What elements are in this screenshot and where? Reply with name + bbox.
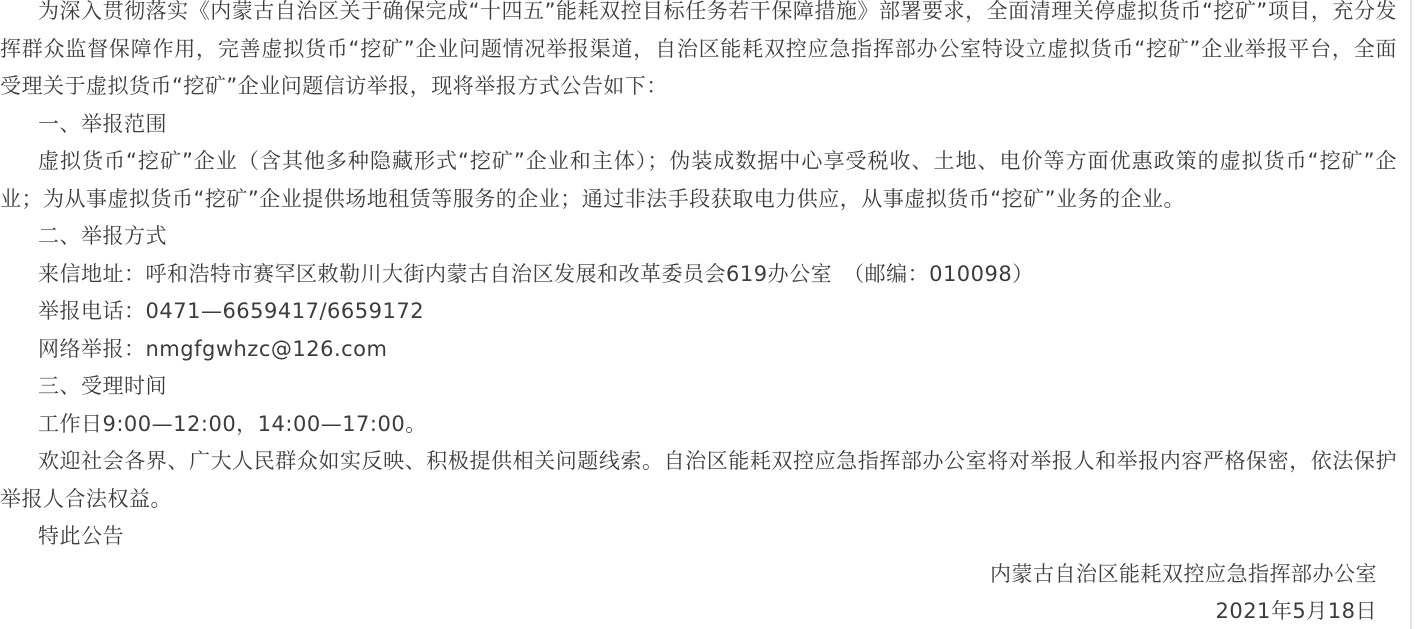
online-report-line: 网络举报：nmgfgwhzc@126.com [0, 331, 1397, 369]
right-border-divider [1410, 0, 1412, 629]
closing-paragraph: 欢迎社会各界、广大人民群众如实反映、积极提供相关问题线索。自治区能耗双控应急指挥… [0, 443, 1397, 518]
phone-line: 举报电话：0471—6659417/6659172 [0, 293, 1397, 331]
announcement-page: 为深入贯彻落实《内蒙古自治区关于确保完成“十四五”能耗双控目标任务若干保障措施》… [0, 0, 1426, 629]
section-2-heading: 二、举报方式 [0, 218, 1397, 256]
final-note: 特此公告 [0, 518, 1397, 556]
intro-paragraph: 为深入贯彻落实《内蒙古自治区关于确保完成“十四五”能耗双控目标任务若干保障措施》… [0, 0, 1397, 106]
signature-line: 内蒙古自治区能耗双控应急指挥部办公室 [0, 556, 1397, 594]
section-1-heading: 一、举报范围 [0, 106, 1397, 144]
mail-address-line: 来信地址：呼和浩特市赛罕区敕勒川大街内蒙古自治区发展和改革委员会619办公室 （… [0, 256, 1397, 294]
office-hours-line: 工作日9:00—12:00，14:00—17:00。 [0, 406, 1397, 444]
section-1-body: 虚拟货币“挖矿”企业（含其他多种隐藏形式“挖矿”企业和主体）；伪装成数据中心享受… [0, 143, 1397, 218]
date-line: 2021年5月18日 [0, 593, 1397, 629]
section-3-heading: 三、受理时间 [0, 368, 1397, 406]
announcement-body: 为深入贯彻落实《内蒙古自治区关于确保完成“十四五”能耗双控目标任务若干保障措施》… [0, 0, 1397, 629]
